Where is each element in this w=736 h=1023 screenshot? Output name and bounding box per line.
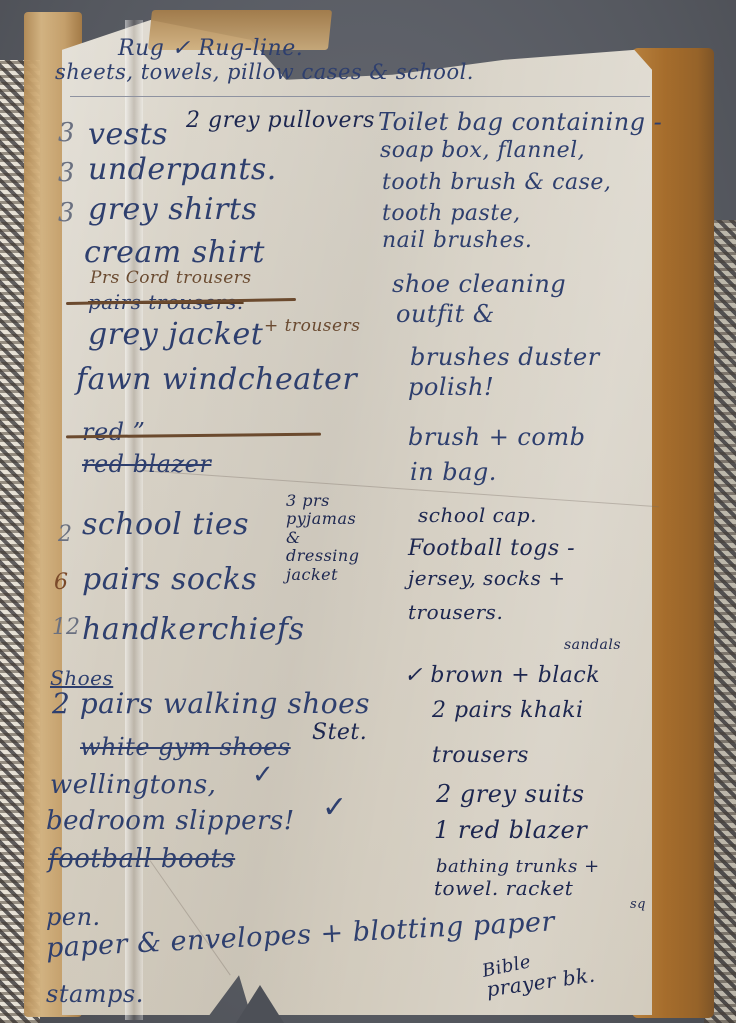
shoe-football-boots-struck: football boots	[48, 846, 235, 872]
paper-tear	[236, 985, 284, 1023]
shoe-walking-shoes: 2 pairs walking shoes	[52, 690, 370, 718]
check-mark-icon: ✓	[252, 760, 274, 790]
ruled-line	[70, 96, 650, 97]
right-item: Toilet bag containing -	[378, 110, 662, 134]
right-item: school cap.	[418, 505, 537, 525]
right-item: shoe cleaning	[392, 272, 566, 296]
margin-qty: 3	[58, 118, 75, 148]
item-underpants: underpants.	[88, 155, 277, 185]
header-line-1: Rug ✓ Rug-line.	[118, 38, 303, 60]
right-item: brushes duster	[410, 345, 600, 369]
right-item: brush + comb	[408, 425, 585, 449]
footer-pen: pen.	[46, 905, 101, 929]
shoe-bedroom-slippers: bedroom slippers!	[46, 808, 295, 834]
shoe-wellingtons: wellingtons,	[50, 772, 216, 798]
footer-stamps: stamps.	[46, 982, 144, 1006]
right-item: 1 red blazer	[434, 818, 587, 842]
item-cord-trousers: Prs Cord trousers	[90, 270, 252, 287]
right-item: outfit &	[396, 302, 495, 326]
right-item-small: sandals	[564, 638, 621, 652]
item-red-ditto-struck: red ”	[82, 420, 145, 444]
check-mark-icon: ✓	[322, 790, 347, 825]
item-pyjamas: 3 prs pyjamas & dressing jacket	[286, 492, 372, 584]
item-pairs-socks: pairs socks	[82, 565, 257, 595]
item-fawn-windcheater: fawn windcheater	[76, 365, 357, 395]
shoes-heading: Shoes	[50, 668, 113, 688]
right-item: in bag.	[410, 460, 497, 484]
right-item: nail brushes.	[382, 230, 532, 252]
right-item: polish!	[408, 375, 494, 399]
right-item: trousers	[432, 745, 529, 767]
header-line-2: sheets, towels, pillow cases & school.	[55, 62, 474, 83]
right-item: 2 pairs khaki	[432, 700, 584, 722]
margin-qty: 3	[58, 158, 75, 188]
note-stet: Stet.	[312, 722, 367, 744]
note-grey-pullovers: 2 grey pullovers	[186, 110, 375, 132]
item-red-blazer-struck: red blazer	[82, 452, 211, 476]
note-trousers: + trousers	[264, 318, 360, 335]
margin-qty: 12	[52, 615, 80, 640]
right-item: ✓ brown + black	[404, 665, 600, 687]
right-item: tooth paste,	[382, 203, 521, 225]
item-school-ties: school ties	[82, 510, 249, 540]
right-item-small: sq	[630, 898, 646, 911]
margin-qty: 2	[58, 522, 72, 547]
margin-qty: 6	[54, 570, 68, 595]
right-item: trousers.	[408, 602, 503, 622]
right-item: bathing trunks +	[436, 858, 600, 876]
item-vests: vests	[88, 120, 168, 150]
item-grey-jacket: grey jacket	[88, 320, 263, 350]
right-item: Football togs -	[408, 538, 575, 560]
right-item: 2 grey suits	[436, 782, 585, 806]
item-handkerchiefs: handkerchiefs	[82, 615, 304, 645]
right-item: towel. racket	[434, 878, 573, 898]
item-cream-shirt: cream shirt	[84, 238, 265, 268]
margin-qty: 3	[58, 198, 75, 228]
shoe-gym-shoes-struck: white gym shoes	[80, 735, 291, 759]
right-item: jersey, socks +	[408, 568, 566, 588]
right-item: soap box, flannel,	[380, 140, 585, 162]
right-item: tooth brush & case,	[382, 172, 611, 194]
item-grey-shirts: grey shirts	[88, 195, 257, 225]
